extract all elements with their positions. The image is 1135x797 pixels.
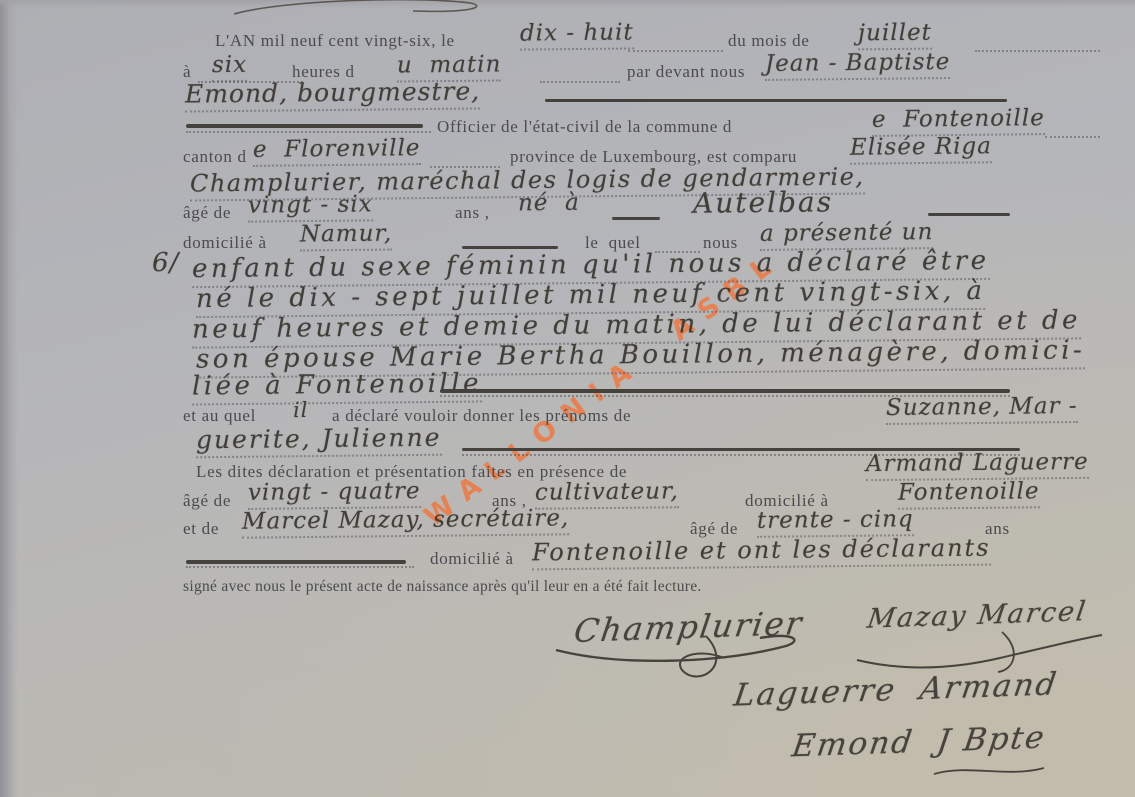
signature-officer-flourish — [930, 762, 1050, 780]
printed-label: domicilié à — [183, 233, 267, 253]
printed-label: du mois de — [728, 31, 810, 51]
top-flourish-stroke — [228, 0, 498, 22]
rule — [462, 246, 558, 249]
printed-label: ans , — [455, 203, 490, 223]
document-page: WALLONIA ASBL 6/ L'AN mil neuf cent ving… — [0, 0, 1135, 797]
signature-witness-mazay: Mazay Marcel — [865, 596, 1089, 635]
entry-witness2-age: trente - cinq — [757, 506, 914, 538]
entry-month: juillet — [858, 20, 932, 51]
dotted-rule — [628, 50, 723, 52]
printed-label: âgé de — [183, 491, 231, 511]
rule — [612, 217, 660, 220]
entry-birthplace: Autelbas — [693, 185, 833, 219]
dotted-rule — [975, 50, 1100, 52]
page-top-edge — [0, 0, 1135, 8]
entry-commune: e Fontenoille — [872, 105, 1045, 137]
entry-witness2-name-profession: Marcel Mazay, secrétaire, — [242, 505, 569, 538]
dotted-rule — [1045, 136, 1100, 138]
printed-label: âgé de — [183, 203, 231, 223]
entry-paragraph-line: liée à Fontenoille — [192, 368, 482, 405]
printed-label: domicilié à — [430, 549, 514, 569]
entry-officer-name-title: Emond, bourgmestre, — [185, 76, 481, 112]
entry-witness1-name: Armand Laguerre — [866, 449, 1089, 481]
entry-officer-firstname: Jean - Baptiste — [765, 49, 951, 81]
entry-born-at-label: né à — [518, 190, 580, 217]
entry-hour: six — [212, 52, 247, 82]
entry-residence: Namur, — [300, 221, 393, 252]
page-left-edge — [0, 0, 18, 797]
entry-witness2-residence: Fontenoille et ont les déclarants — [532, 534, 991, 571]
entry-declarant-age: vingt - six — [248, 191, 373, 222]
entry-firstnames-2: guerite, Julienne — [196, 423, 442, 459]
printed-label: par devant nous — [627, 62, 745, 82]
printed-label: et au quel — [183, 406, 256, 426]
dotted-rule — [186, 566, 414, 568]
rule — [545, 99, 1007, 102]
entry-declarant-name: Elisée Riga — [850, 133, 992, 164]
entry-witness1-age: vingt - quatre — [248, 478, 421, 510]
printed-label: canton d — [183, 147, 247, 167]
printed-label: Officier de l'état-civil de la commune d — [437, 117, 732, 137]
entry-pronoun: il — [293, 398, 309, 422]
act-number: 6/ — [152, 248, 180, 278]
rule — [186, 124, 423, 128]
dotted-rule — [186, 131, 431, 133]
printed-label: et de — [183, 519, 219, 539]
rule — [440, 389, 1010, 393]
rule — [186, 560, 406, 564]
printed-closing-formula: signé avec nous le présent acte de naiss… — [183, 578, 702, 596]
entry-canton: e Florenville — [253, 135, 421, 167]
rule — [928, 213, 1010, 216]
entry-firstnames-1: Suzanne, Mar - — [886, 393, 1078, 425]
printed-label: L'AN mil neuf cent vingt-six, le — [215, 31, 455, 51]
entry-day: dix - huit — [520, 19, 634, 50]
dotted-rule — [540, 81, 620, 83]
entry-witness1-residence: Fontenoille — [898, 478, 1040, 509]
signature-mazay-flourish — [852, 630, 1107, 674]
signature-officer: Emond J Bpte — [790, 720, 1048, 765]
